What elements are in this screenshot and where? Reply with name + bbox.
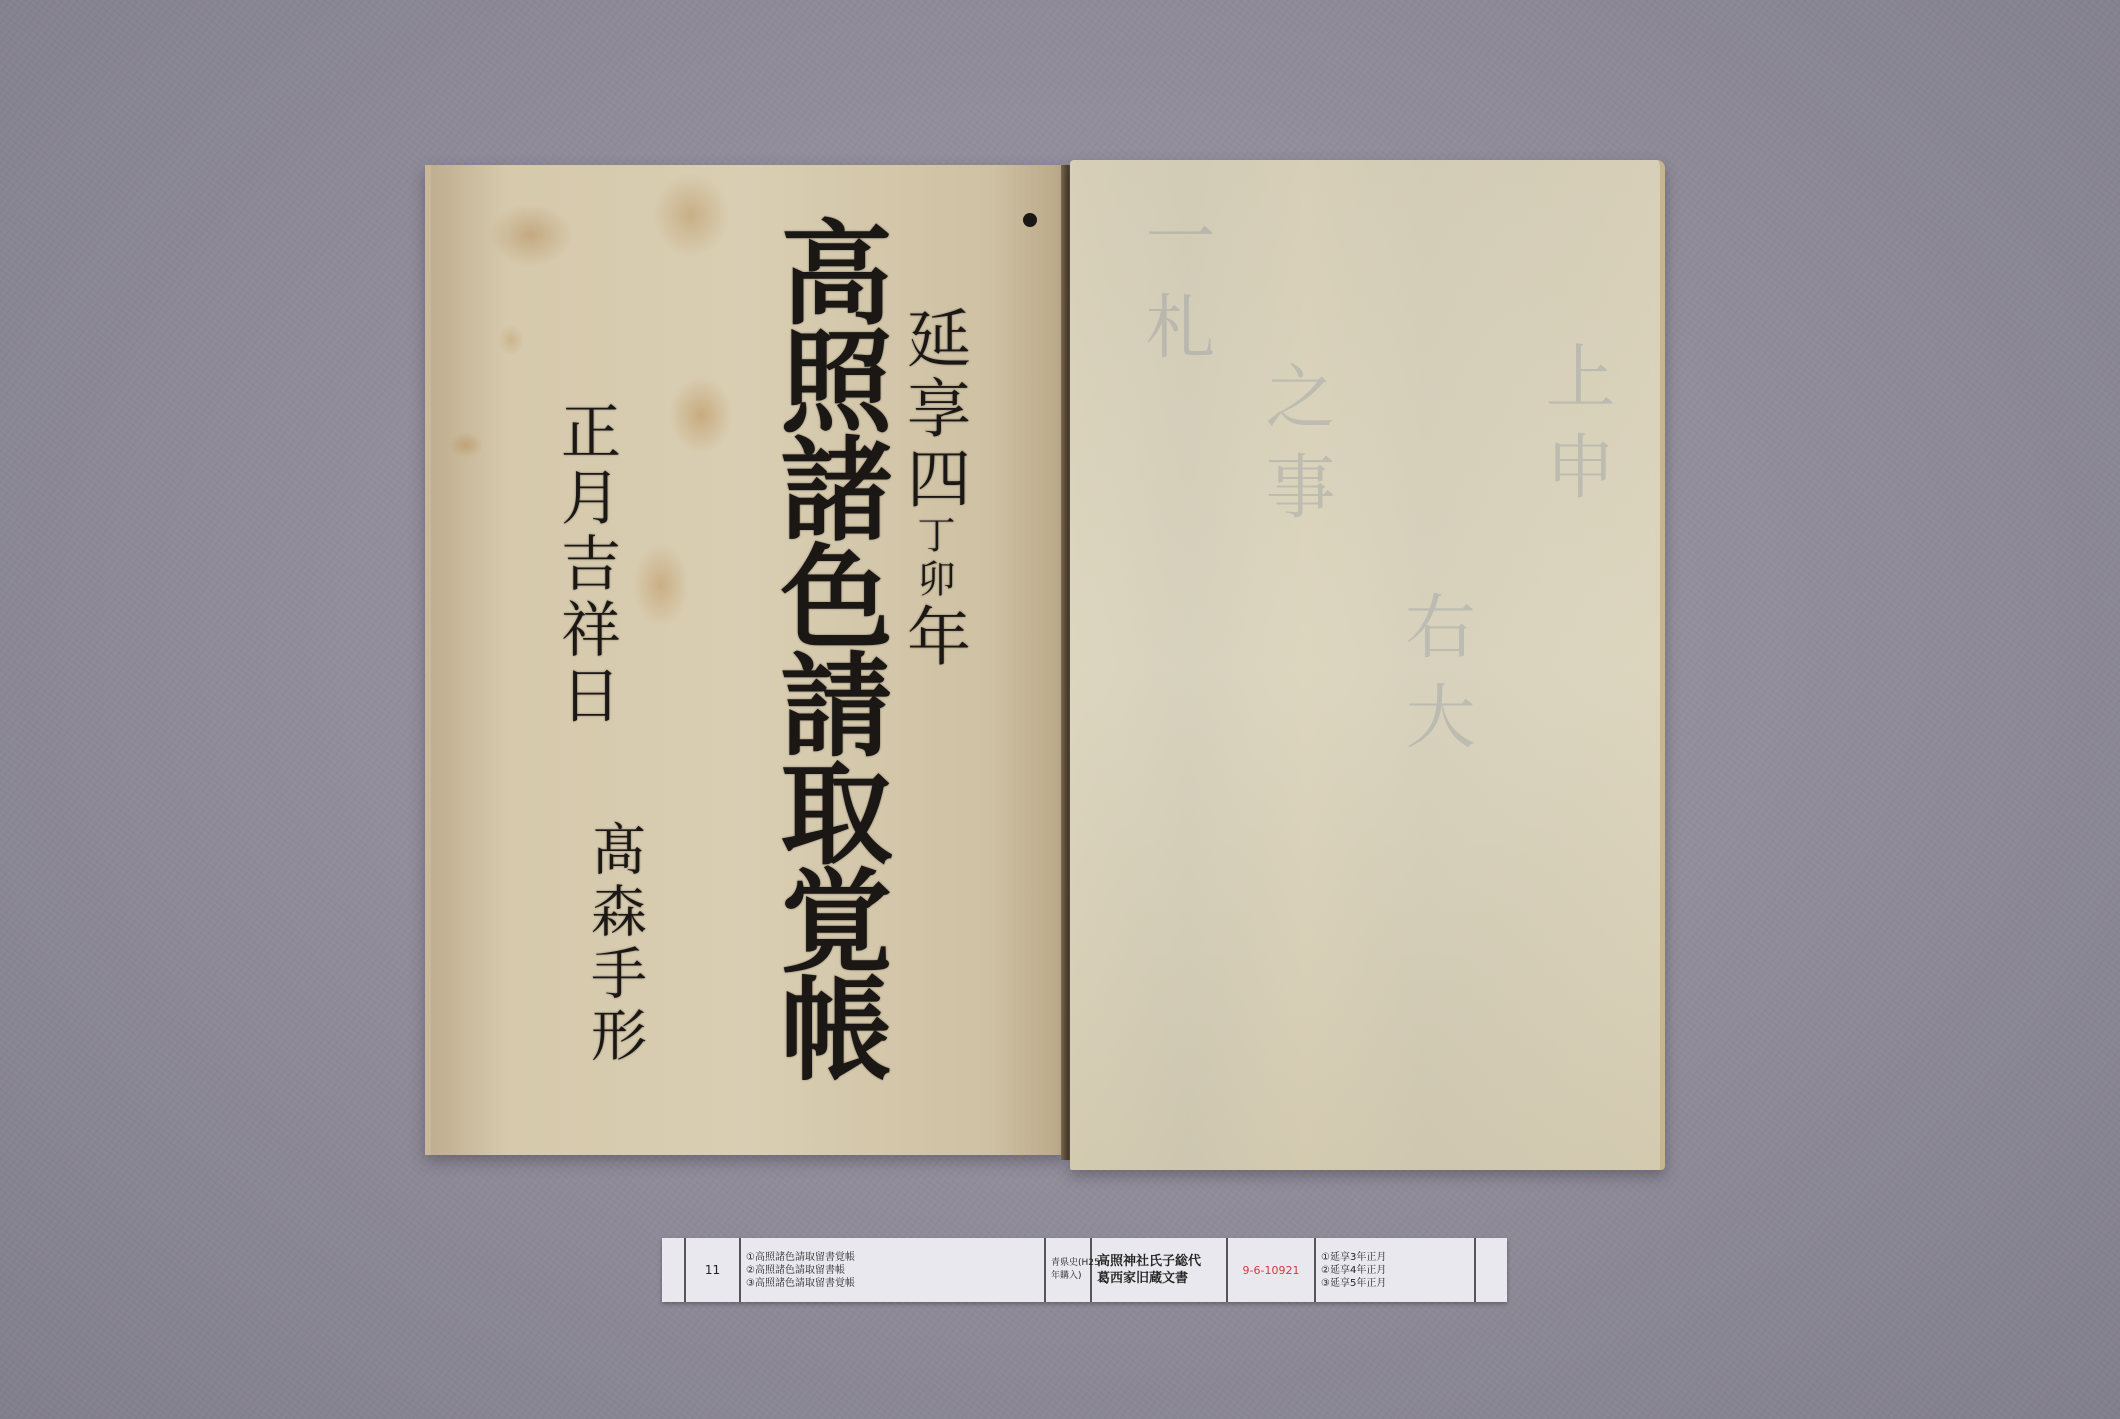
label-blank-cell (662, 1238, 686, 1302)
label-dates: ①延享3年正月 ②延享4年正月 ③延享5年正月 (1316, 1238, 1476, 1302)
label-source-line-1: 青県史(H25 (1051, 1257, 1085, 1270)
label-number: 11 (686, 1238, 741, 1302)
era-date-text: 延享四 (896, 305, 970, 515)
label-title-2: ②高照諸色請取留書帳 (746, 1264, 1039, 1277)
era-date: 延享四丁卯年 (901, 305, 965, 673)
cyclical-year: 丁卯 (911, 515, 955, 603)
label-source-line-2: 年購入) (1051, 1270, 1085, 1283)
label-collection-line-2: 葛西家旧蔵文書 (1097, 1270, 1221, 1287)
label-date-1: ①延享3年正月 (1321, 1251, 1469, 1264)
right-page: 一札 之事 右大 上申 (1070, 160, 1665, 1170)
label-collection: 高照神社氏子総代 葛西家旧蔵文書 (1092, 1238, 1228, 1302)
label-titles: ①高照諸色請取留書覚帳 ②高照諸色請取留書帳 ③高照諸色請取留書覚帳 (741, 1238, 1046, 1302)
label-title-3: ③高照諸色請取留書覚帳 (746, 1277, 1039, 1290)
label-number-text: 11 (705, 1264, 720, 1277)
label-end-cell (1476, 1238, 1507, 1302)
author-name: 髙森手形 (586, 820, 642, 1068)
month-day: 正月吉祥日 (556, 400, 616, 730)
label-catalogue-id-text: 9-6-10921 (1243, 1264, 1300, 1277)
document-title: 高照諸色請取覚帳 (771, 215, 883, 1079)
label-collection-line-1: 高照神社氏子総代 (1097, 1253, 1221, 1270)
bleed-through-text: 之事 (1260, 360, 1330, 540)
year-suffix: 年 (896, 603, 970, 673)
label-date-2: ②延享4年正月 (1321, 1264, 1469, 1277)
bleed-through-text: 一札 (1140, 200, 1210, 380)
label-catalogue-id: 9-6-10921 (1228, 1238, 1316, 1302)
left-page: 延享四丁卯年 高照諸色請取覚帳 正月吉祥日 髙森手形 (425, 165, 1065, 1155)
bleed-through-text: 上申 (1540, 340, 1610, 520)
catalogue-label: 11 ①高照諸色請取留書覚帳 ②高照諸色請取留書帳 ③高照諸色請取留書覚帳 青県… (662, 1238, 1507, 1302)
bleed-through-text: 右大 (1400, 590, 1470, 770)
label-source: 青県史(H25 年購入) (1046, 1238, 1092, 1302)
ink-spot (1023, 213, 1037, 227)
label-title-1: ①高照諸色請取留書覚帳 (746, 1251, 1039, 1264)
open-manuscript: 延享四丁卯年 高照諸色請取覚帳 正月吉祥日 髙森手形 一札 之事 右大 上申 (425, 160, 1665, 1170)
label-date-3: ③延享5年正月 (1321, 1277, 1469, 1290)
